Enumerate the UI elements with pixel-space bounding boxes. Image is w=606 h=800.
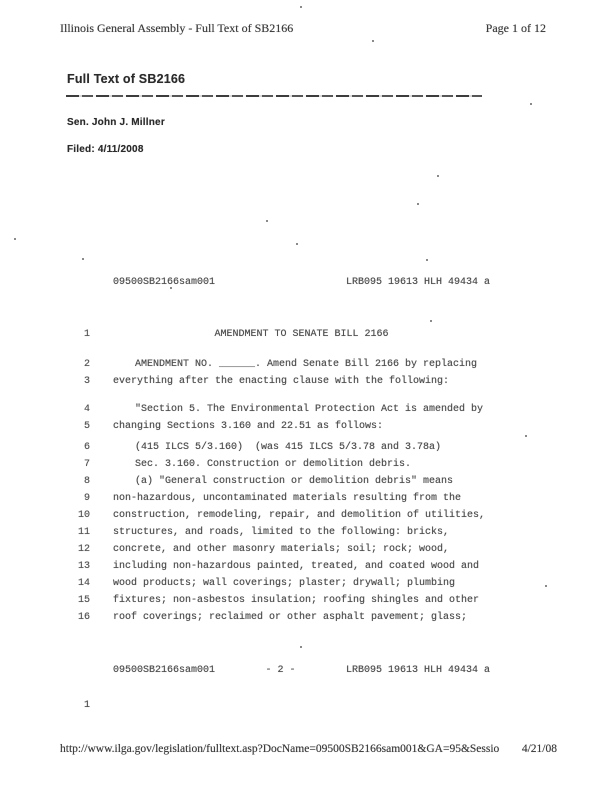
line-text: AMENDMENT TO SENATE BILL 2166 xyxy=(113,326,490,343)
scan-speck xyxy=(82,258,84,260)
scan-speck xyxy=(372,40,374,42)
scan-speck xyxy=(417,203,419,205)
line-number: 10 xyxy=(78,507,90,524)
scan-speck xyxy=(266,220,268,222)
line-text: AMENDMENT NO. ______. Amend Senate Bill … xyxy=(113,356,490,373)
bill-line: 9non-hazardous, uncontaminated materials… xyxy=(78,490,490,507)
scanned-document-page: Illinois General Assembly - Full Text of… xyxy=(0,0,606,800)
scan-speck xyxy=(300,646,302,648)
scan-speck xyxy=(430,320,432,322)
line-number: 15 xyxy=(78,592,90,609)
line-text: construction, remodeling, repair, and de… xyxy=(113,507,490,524)
line-text: (a) "General construction or demolition … xyxy=(113,473,490,490)
bill-line: 13including non-hazardous painted, treat… xyxy=(78,558,490,575)
line-number: 7 xyxy=(78,456,90,473)
next-page-line-number: 1 xyxy=(78,700,90,711)
bill-page-footer: 09500SB2166sam001 - 2 - LRB095 19613 HLH… xyxy=(113,665,490,676)
source-url-text: http://www.ilga.gov/legislation/fulltext… xyxy=(60,743,499,755)
lrb-number: LRB095 19613 HLH 49434 a xyxy=(346,277,490,288)
scan-speck xyxy=(426,259,428,261)
scan-speck xyxy=(14,238,16,240)
line-text: everything after the enacting clause wit… xyxy=(113,373,490,390)
scan-speck xyxy=(525,435,527,437)
line-text: wood products; wall coverings; plaster; … xyxy=(113,575,490,592)
bill-line: 3everything after the enacting clause wi… xyxy=(78,373,490,390)
scan-speck xyxy=(300,6,302,8)
line-text: (415 ILCS 5/3.160) (was 415 ILCS 5/3.78 … xyxy=(113,439,490,456)
line-number: 11 xyxy=(78,524,90,541)
page-title: Full Text of SB2166 xyxy=(67,72,185,86)
line-number: 8 xyxy=(78,473,90,490)
title-divider-rule xyxy=(66,95,482,97)
scan-speck xyxy=(296,243,298,245)
bill-text-body: 1AMENDMENT TO SENATE BILL 21662AMENDMENT… xyxy=(78,326,490,626)
scan-speck xyxy=(545,585,547,587)
bill-doc-number: 09500SB2166sam001 xyxy=(113,277,215,288)
bill-line: 15fixtures; non-asbestos insulation; roo… xyxy=(78,592,490,609)
line-number: 9 xyxy=(78,490,90,507)
line-number: 6 xyxy=(78,439,90,456)
print-header-title: Illinois General Assembly - Full Text of… xyxy=(60,21,293,36)
bill-line: 1AMENDMENT TO SENATE BILL 2166 xyxy=(78,326,490,343)
footer-page-number: - 2 - xyxy=(265,665,295,676)
bill-line: 4"Section 5. The Environmental Protectio… xyxy=(78,401,490,418)
print-date: 4/21/08 xyxy=(522,743,557,755)
footer-lrb-number: LRB095 19613 HLH 49434 a xyxy=(346,665,490,676)
line-text: changing Sections 3.160 and 22.51 as fol… xyxy=(113,418,490,435)
footer-doc-number: 09500SB2166sam001 xyxy=(113,665,215,676)
filed-date: Filed: 4/11/2008 xyxy=(67,144,144,155)
line-text: non-hazardous, uncontaminated materials … xyxy=(113,490,490,507)
line-number: 3 xyxy=(78,373,90,390)
bill-line: 11structures, and roads, limited to the … xyxy=(78,524,490,541)
bill-line: 8(a) "General construction or demolition… xyxy=(78,473,490,490)
line-number: 14 xyxy=(78,575,90,592)
bill-line: 2AMENDMENT NO. ______. Amend Senate Bill… xyxy=(78,356,490,373)
sponsor-name: Sen. John J. Millner xyxy=(67,117,165,128)
line-number: 13 xyxy=(78,558,90,575)
bill-line: 12concrete, and other masonry materials;… xyxy=(78,541,490,558)
print-header-page-count: Page 1 of 12 xyxy=(486,21,546,36)
line-text: Sec. 3.160. Construction or demolition d… xyxy=(113,456,490,473)
line-text: roof coverings; reclaimed or other aspha… xyxy=(113,609,490,626)
bill-line: 14wood products; wall coverings; plaster… xyxy=(78,575,490,592)
line-number: 2 xyxy=(78,356,90,373)
line-number: 16 xyxy=(78,609,90,626)
bill-line: 16roof coverings; reclaimed or other asp… xyxy=(78,609,490,626)
line-text: including non-hazardous painted, treated… xyxy=(113,558,490,575)
bill-line: 6(415 ILCS 5/3.160) (was 415 ILCS 5/3.78… xyxy=(78,439,490,456)
line-text: "Section 5. The Environmental Protection… xyxy=(113,401,490,418)
line-text: fixtures; non-asbestos insulation; roofi… xyxy=(113,592,490,609)
scan-speck xyxy=(437,175,439,177)
bill-line: 7Sec. 3.160. Construction or demolition … xyxy=(78,456,490,473)
line-number: 5 xyxy=(78,418,90,435)
print-header: Illinois General Assembly - Full Text of… xyxy=(60,21,546,36)
line-text: concrete, and other masonry materials; s… xyxy=(113,541,490,558)
scan-speck xyxy=(170,287,172,289)
line-text: structures, and roads, limited to the fo… xyxy=(113,524,490,541)
line-number: 12 xyxy=(78,541,90,558)
line-number: 4 xyxy=(78,401,90,418)
line-number: 1 xyxy=(78,326,90,343)
bill-line: 10construction, remodeling, repair, and … xyxy=(78,507,490,524)
print-url-footer: http://www.ilga.gov/legislation/fulltext… xyxy=(60,743,557,755)
bill-line: 5changing Sections 3.160 and 22.51 as fo… xyxy=(78,418,490,435)
scan-speck xyxy=(530,103,532,105)
